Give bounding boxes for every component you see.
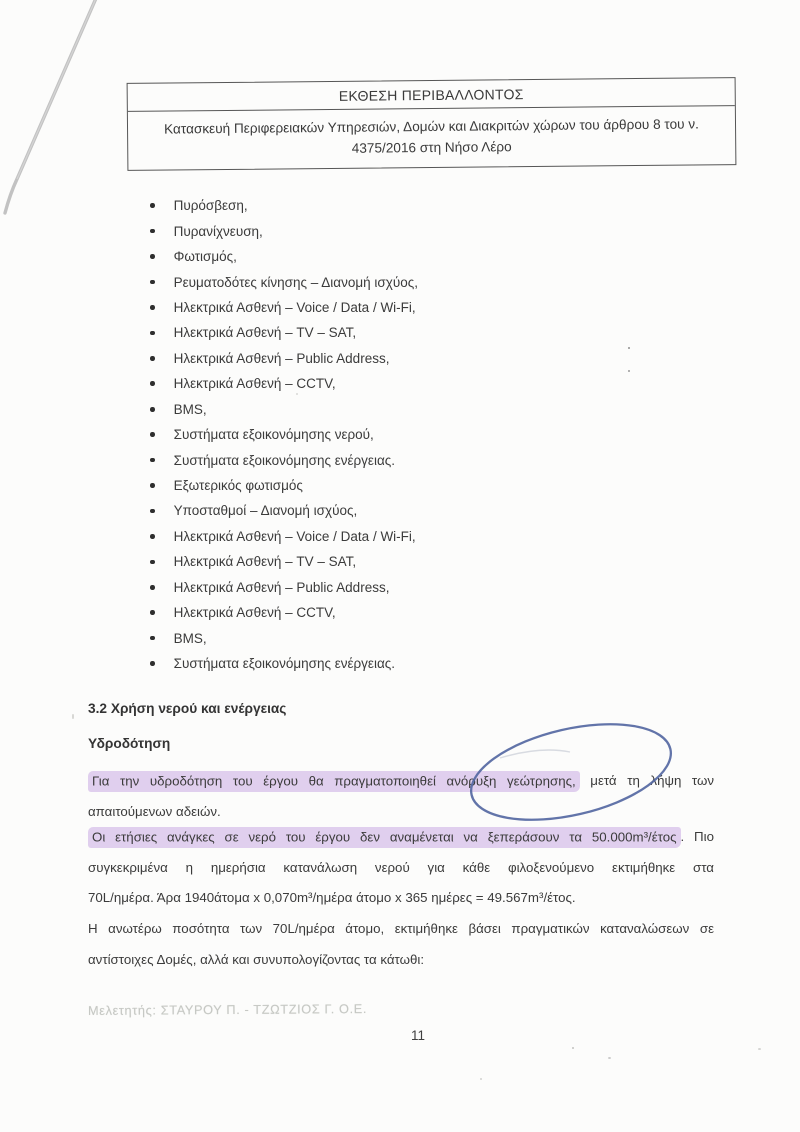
list-item: Ηλεκτρικά Ασθενή – CCTV, bbox=[150, 600, 710, 625]
list-item-label: Συστήματα εξοικονόμησης ενέργειας. bbox=[174, 453, 395, 468]
list-item-label: Συστήματα εξοικονόμησης νερού, bbox=[174, 427, 374, 442]
list-item-label: BMS, bbox=[174, 631, 207, 646]
list-item: Ηλεκτρικά Ασθενή – CCTV, bbox=[150, 371, 710, 396]
list-item-label: Ρευματοδότες κίνησης – Διανομή ισχύος, bbox=[174, 275, 418, 290]
bullet-icon bbox=[150, 534, 155, 539]
paragraph-line: Η ανωτέρω ποσότητα των 70L/ημέρα άτομο, … bbox=[88, 914, 714, 945]
list-item: Ρευματοδότες κίνησης – Διανομή ισχύος, bbox=[150, 269, 710, 294]
list-item: Εξωτερικός φωτισμός bbox=[150, 473, 710, 498]
paragraph-consumption-basis: Η ανωτέρω ποσότητα των 70L/ημέρα άτομο, … bbox=[88, 914, 714, 975]
paragraph-water-supply: Για την υδροδότηση του έργου θα πραγματο… bbox=[88, 766, 714, 827]
paragraph-line: συγκεκριμένα η ημερήσια κατανάλωση νερού… bbox=[88, 853, 714, 884]
consultant-stamp: Μελετητής: ΣΤΑΥΡΟΥ Π. - ΤΖΩΤΖΙΟΣ Γ. Ο.Ε. bbox=[88, 1001, 367, 1018]
bullet-icon bbox=[150, 560, 155, 565]
list-item-label: Ηλεκτρικά Ασθενή – Public Address, bbox=[174, 580, 390, 595]
project-subtitle: Κατασκευή Περιφερειακών Υπηρεσιών, Δομών… bbox=[128, 106, 736, 170]
systems-bullet-list: Πυρόσβεση, Πυρανίχνευση, Φωτισμός, Ρευμα… bbox=[150, 193, 710, 676]
bullet-icon bbox=[150, 636, 155, 641]
scan-speck bbox=[72, 714, 74, 719]
bullet-icon bbox=[150, 483, 155, 488]
list-item-label: Πυρανίχνευση, bbox=[174, 224, 263, 239]
bullet-icon bbox=[150, 331, 155, 336]
scanned-document-page: ΕΚΘΕΣΗ ΠΕΡΙΒΑΛΛΟΝΤΟΣ Κατασκευή Περιφερει… bbox=[0, 0, 800, 1132]
list-item: Πυρόσβεση, bbox=[150, 193, 710, 218]
paragraph-line: 70L/ημέρα. Άρα 1940άτομα x 0,070m³/ημέρα… bbox=[88, 883, 714, 914]
scan-speck bbox=[608, 1057, 611, 1059]
bullet-icon bbox=[150, 280, 155, 285]
scan-speck bbox=[758, 1048, 761, 1050]
paragraph-line: Οι ετήσιες ανάγκες σε νερό του έργου δεν… bbox=[88, 822, 714, 853]
list-item: Συστήματα εξοικονόμησης νερού, bbox=[150, 422, 710, 447]
report-header-box: ΕΚΘΕΣΗ ΠΕΡΙΒΑΛΛΟΝΤΟΣ Κατασκευή Περιφερει… bbox=[127, 77, 737, 171]
scan-speck bbox=[296, 393, 298, 395]
list-item: Φωτισμός, bbox=[150, 244, 710, 269]
paragraph-text: . Πιο bbox=[681, 829, 714, 844]
page-number: 11 bbox=[0, 1028, 800, 1043]
paragraph-annual-needs: Οι ετήσιες ανάγκες σε νερό του έργου δεν… bbox=[88, 822, 714, 914]
bullet-icon bbox=[150, 610, 155, 615]
list-item: Υποσταθμοί – Διανομή ισχύος, bbox=[150, 498, 710, 523]
list-item: Συστήματα εξοικονόμησης ενέργειας. bbox=[150, 651, 710, 676]
water-supply-subheading: Υδροδότηση bbox=[88, 736, 170, 751]
list-item-label: BMS, bbox=[174, 402, 207, 417]
bullet-icon bbox=[150, 458, 155, 463]
list-item: Ηλεκτρικά Ασθενή – Voice / Data / Wi-Fi, bbox=[150, 524, 710, 549]
bullet-icon bbox=[150, 381, 155, 386]
list-item-label: Εξωτερικός φωτισμός bbox=[174, 478, 303, 493]
list-item: Ηλεκτρικά Ασθενή – TV – SAT, bbox=[150, 549, 710, 574]
paragraph-line: αντίστοιχες Δομές, αλλά και συνυπολογίζο… bbox=[88, 945, 714, 976]
list-item-label: Πυρόσβεση, bbox=[174, 198, 248, 213]
list-item: Ηλεκτρικά Ασθενή – Voice / Data / Wi-Fi, bbox=[150, 295, 710, 320]
scan-corner-line bbox=[0, 0, 130, 230]
list-item-label: Ηλεκτρικά Ασθενή – TV – SAT, bbox=[174, 325, 357, 340]
bullet-icon bbox=[150, 254, 155, 259]
list-item-label: Ηλεκτρικά Ασθενή – CCTV, bbox=[174, 376, 336, 391]
list-item-label: Ηλεκτρικά Ασθενή – Public Address, bbox=[174, 351, 390, 366]
scan-speck bbox=[480, 1078, 482, 1080]
list-item: Ηλεκτρικά Ασθενή – TV – SAT, bbox=[150, 320, 710, 345]
list-item-label: Ηλεκτρικά Ασθενή – Voice / Data / Wi-Fi, bbox=[174, 300, 416, 315]
bullet-icon bbox=[150, 509, 155, 514]
paragraph-text: μετά τη λήψη των bbox=[580, 773, 714, 788]
list-item: Ηλεκτρικά Ασθενή – Public Address, bbox=[150, 575, 710, 600]
list-item-label: Ηλεκτρικά Ασθενή – TV – SAT, bbox=[174, 554, 357, 569]
list-item: BMS, bbox=[150, 397, 710, 422]
bullet-icon bbox=[150, 585, 155, 590]
paragraph-line: Για την υδροδότηση του έργου θα πραγματο… bbox=[88, 766, 714, 797]
scan-speck bbox=[572, 1047, 574, 1049]
highlight-mark: Οι ετήσιες ανάγκες σε νερό του έργου δεν… bbox=[88, 827, 681, 848]
bullet-icon bbox=[150, 407, 155, 412]
section-heading: 3.2 Χρήση νερού και ενέργειας bbox=[88, 701, 286, 716]
bullet-icon bbox=[150, 305, 155, 310]
bullet-icon bbox=[150, 356, 155, 361]
bullet-icon bbox=[150, 661, 155, 666]
highlight-mark: Για την υδροδότηση του έργου θα πραγματο… bbox=[88, 771, 580, 792]
bullet-icon bbox=[150, 432, 155, 437]
list-item: BMS, bbox=[150, 625, 710, 650]
list-item-label: Ηλεκτρικά Ασθενή – CCTV, bbox=[174, 605, 336, 620]
list-item-label: Υποσταθμοί – Διανομή ισχύος, bbox=[174, 503, 358, 518]
bullet-icon bbox=[150, 229, 155, 234]
list-item: Πυρανίχνευση, bbox=[150, 218, 710, 243]
list-item-label: Ηλεκτρικά Ασθενή – Voice / Data / Wi-Fi, bbox=[174, 529, 416, 544]
list-item-label: Φωτισμός, bbox=[174, 249, 237, 264]
list-item: Ηλεκτρικά Ασθενή – Public Address, bbox=[150, 346, 710, 371]
bullet-icon bbox=[150, 203, 155, 208]
list-item: Συστήματα εξοικονόμησης ενέργειας. bbox=[150, 447, 710, 472]
list-item-label: Συστήματα εξοικονόμησης ενέργειας. bbox=[174, 656, 395, 671]
